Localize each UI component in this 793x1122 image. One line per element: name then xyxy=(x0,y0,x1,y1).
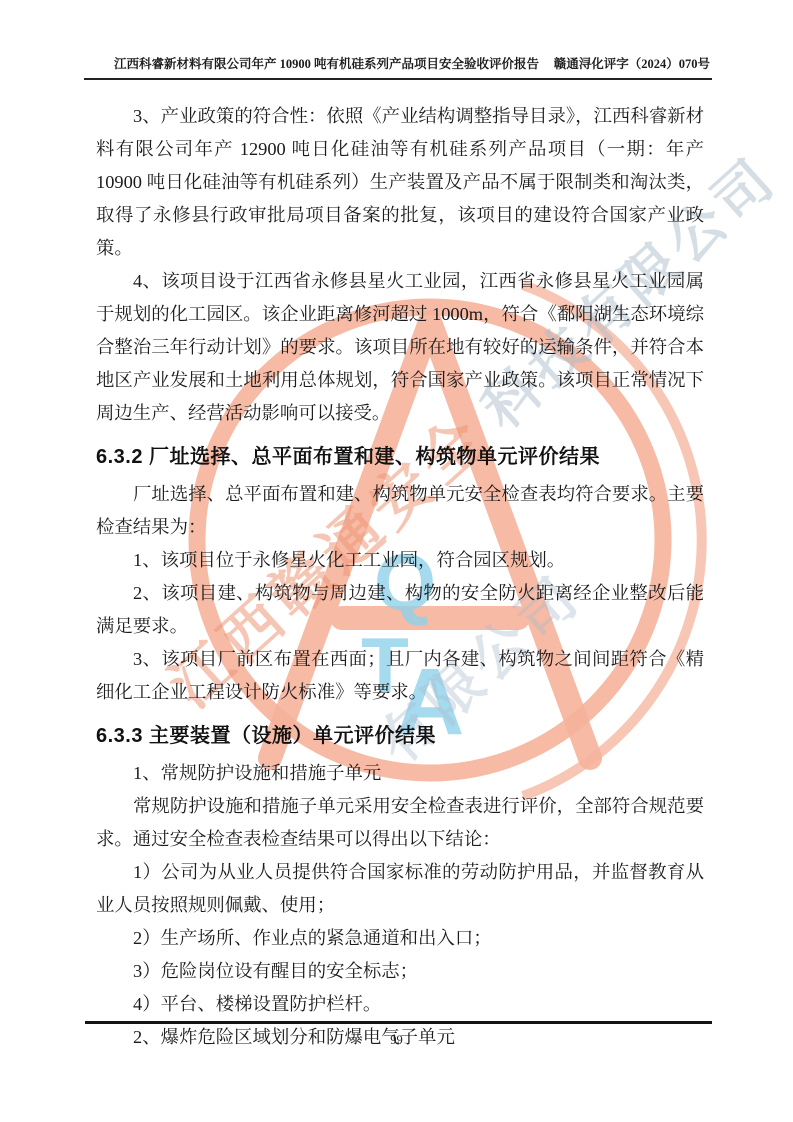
section-heading-6-3-2: 6.3.2 厂址选择、总平面布置和建、构筑物单元评价结果 xyxy=(96,444,704,470)
paragraph-site-result-1: 1、该项目位于永修星火化工工业园，符合园区规划。 xyxy=(96,544,704,577)
section-heading-6-3-3: 6.3.3 主要装置（设施）单元评价结果 xyxy=(96,723,704,749)
footer-divider xyxy=(85,1021,712,1024)
paragraph-industry-policy: 3、产业政策的符合性：依照《产业结构调整指导目录》，江西科睿新材料有限公司年产 … xyxy=(96,100,704,265)
paragraph-conclusion-2: 2）生产场所、作业点的紧急通道和出入口； xyxy=(96,922,704,955)
document-body: 3、产业政策的符合性：依照《产业结构调整指导目录》，江西科睿新材料有限公司年产 … xyxy=(96,100,704,1054)
paragraph-site-result-2: 2、该项目建、构筑物与周边建、构物的安全防火距离经企业整改后能满足要求。 xyxy=(96,577,704,643)
paragraph-conclusion-1: 1）公司为从业人员提供符合国家标准的劳动防护用品，并监督教育从业人员按照规则佩戴… xyxy=(96,856,704,922)
paragraph-subunit-1-intro: 常规防护设施和措施子单元采用安全检查表进行评价，全部符合规范要求。通过安全检查表… xyxy=(96,790,704,856)
paragraph-subunit-1-title: 1、常规防护设施和措施子单元 xyxy=(96,757,704,790)
header-doc-number: 赣通浔化评字（2024）070号 xyxy=(554,57,710,72)
page-number: 99 xyxy=(0,1033,793,1048)
paragraph-site-check-intro: 厂址选择、总平面布置和建、构筑物单元安全检查表均符合要求。主要检查结果为： xyxy=(96,478,704,544)
header-title: 江西科睿新材料有限公司年产 10900 吨有机硅系列产品项目安全验收评价报告 xyxy=(114,57,539,72)
paragraph-site-location: 4、该项目设于江西省永修县星火工业园，江西省永修县星火工业园属于规划的化工园区。… xyxy=(96,265,704,430)
paragraph-conclusion-4: 4）平台、楼梯设置防护栏杆。 xyxy=(96,988,704,1021)
page-header: 江西科睿新材料有限公司年产 10900 吨有机硅系列产品项目安全验收评价报告 赣… xyxy=(84,57,712,80)
document-page: Q T A 江西赣通安全 科技有限公司 有限公司 江西科睿新材料有限公司年产 1… xyxy=(0,0,793,1122)
paragraph-site-result-3: 3、该项目厂前区布置在西面；且厂内各建、构筑物之间间距符合《精细化工企业工程设计… xyxy=(96,643,704,709)
paragraph-conclusion-3: 3）危险岗位设有醒目的安全标志； xyxy=(96,955,704,988)
